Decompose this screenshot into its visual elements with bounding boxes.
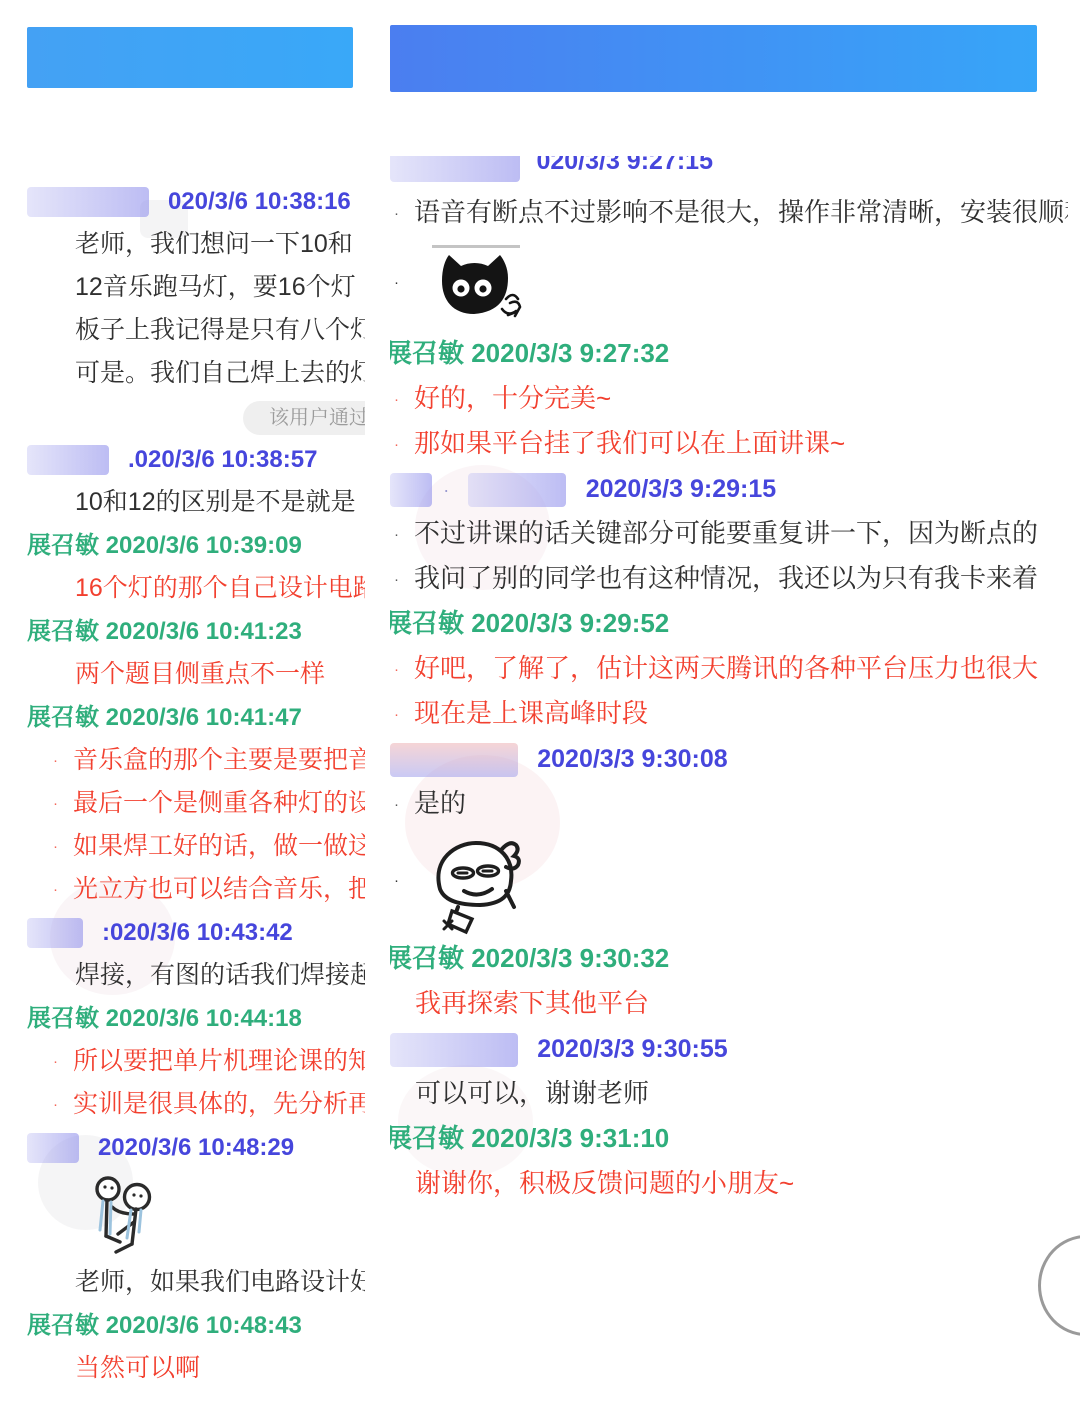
- message-row: ·好吧，了解了，估计这两天腾讯的各种平台压力也很大: [390, 646, 1068, 691]
- sender-timestamp: 展召敏 2020/3/6 10:44:18: [27, 1005, 302, 1032]
- sticker-row: ·: [390, 235, 1068, 331]
- timestamp: 020/3/6 10:38:16: [168, 188, 351, 215]
- sender-timestamp: 展召敏 2020/3/6 10:41:23: [27, 618, 302, 645]
- hug-comfort-sticker-icon: [87, 1172, 163, 1258]
- sticker-row: ·: [390, 826, 1068, 936]
- bullet-dot: ·: [394, 647, 414, 692]
- message-row: 可以可以，谢谢老师: [390, 1071, 1068, 1116]
- sender-header: 展召敏 2020/3/3 9:31:10: [390, 1116, 1068, 1161]
- message-row: ·那如果平台挂了我们可以在上面讲课~: [390, 421, 1068, 466]
- window-titlebar-left: [27, 27, 353, 88]
- message-text: 最后一个是侧重各种灯的设: [73, 789, 365, 817]
- sender-timestamp: 展召敏 2020/3/6 10:41:47: [27, 704, 302, 731]
- timestamp: 2020/3/3 9:30:55: [537, 1035, 727, 1063]
- sender-timestamp: 展召敏 2020/3/3 9:31:10: [390, 1123, 669, 1153]
- message-row: 当然可以啊: [27, 1347, 365, 1390]
- blurred-sender-name: [27, 187, 149, 217]
- bullet-dot: ·: [53, 825, 73, 868]
- smirk-face-sticker-icon: [418, 833, 532, 935]
- sender-timestamp: 展召敏 2020/3/3 9:30:32: [390, 943, 669, 973]
- chat-screenshot-right: 020/3/3 9:27:15 ·语音有断点不过影响不是很大，操作非常清晰，安装…: [390, 0, 1068, 1412]
- sender-timestamp: 展召敏 2020/3/3 9:29:52: [390, 608, 669, 638]
- timestamp: 2020/3/6 10:48:29: [98, 1134, 294, 1161]
- sender-header: 展召敏 2020/3/3 9:30:32: [390, 936, 1068, 981]
- message-row: 我再探索下其他平台: [390, 981, 1068, 1026]
- sender-timestamp: 展召敏 2020/3/6 10:39:09: [27, 532, 302, 559]
- message-header: 020/3/6 10:38:16: [27, 180, 365, 223]
- timestamp: 2020/3/3 9:30:08: [537, 745, 727, 773]
- chat-log-page: { "colors": { "titlebar_left_gradient": …: [0, 0, 1080, 1412]
- message-text: 可是。我们自己焊上去的灯不: [75, 359, 365, 387]
- message-row: ·音乐盒的那个主要是要把音: [27, 739, 365, 782]
- message-row: 板子上我记得是只有八个灯泡: [27, 309, 365, 352]
- message-text: 板子上我记得是只有八个灯泡: [75, 316, 365, 344]
- sender-header: 展召敏 2020/3/6 10:44:18: [27, 997, 365, 1040]
- sender-header: 展召敏 2020/3/6 10:39:09: [27, 524, 365, 567]
- chat-screenshot-left: 020/3/6 10:38:16 老师，我们想问一下10和 12音乐跑马灯，要1…: [27, 0, 365, 1412]
- message-row: ·现在是上课高峰时段: [390, 691, 1068, 736]
- sender-header: 展召敏 2020/3/6 10:41:47: [27, 696, 365, 739]
- message-text: 可以可以，谢谢老师: [415, 1078, 649, 1108]
- message-row: ·最后一个是侧重各种灯的设: [27, 782, 365, 825]
- message-text: 如果焊工好的话，做一做这: [73, 832, 365, 860]
- message-text: 当然可以啊: [75, 1354, 200, 1382]
- timestamp: 2020/3/3 9:29:15: [586, 475, 776, 503]
- bullet-dot: ·: [394, 557, 414, 602]
- message-text: 我问了别的同学也有这种情况，我还以为只有我卡来着: [414, 563, 1038, 593]
- window-titlebar-right: [390, 25, 1037, 92]
- blurred-sender-name: [27, 445, 109, 475]
- bullet-dot: ·: [53, 868, 73, 911]
- blurred-sender-name: [468, 473, 566, 507]
- bullet-dot: ·: [394, 692, 414, 737]
- message-text: 那如果平台挂了我们可以在上面讲课~: [414, 428, 845, 458]
- message-row: 谢谢你，积极反馈问题的小朋友~: [390, 1161, 1068, 1206]
- message-row: ·所以要把单片机理论课的知: [27, 1040, 365, 1083]
- sender-header: 展召敏 2020/3/6 10:48:43: [27, 1304, 365, 1347]
- message-text: 实训是很具体的，先分析再: [73, 1090, 365, 1118]
- message-row: ·语音有断点不过影响不是很大，操作非常清晰，安装很顺利: [390, 190, 1068, 235]
- bullet-dot: ·: [53, 1040, 73, 1083]
- message-row: ·好的，十分完美~: [390, 376, 1068, 421]
- message-text: 谢谢你，积极反馈问题的小朋友~: [415, 1168, 794, 1198]
- bullet-dot: ·: [53, 739, 73, 782]
- system-notice-row: 该用户通过: [27, 395, 365, 438]
- bullet-dot: ·: [394, 782, 414, 827]
- message-text: 所以要把单片机理论课的知: [73, 1047, 365, 1075]
- message-text: 不过讲课的话关键部分可能要重复讲一下，因为断点的: [414, 518, 1038, 548]
- message-text: 老师，我们想问一下10和: [75, 230, 353, 258]
- bullet-dot: ·: [394, 422, 414, 467]
- bullet-dot: ·: [53, 1083, 73, 1126]
- message-text: 10和12的区别是不是就是: [75, 488, 356, 516]
- message-header: · 2020/3/3 9:29:15: [390, 466, 1068, 511]
- sender-timestamp: 展召敏 2020/3/3 9:27:32: [390, 338, 669, 368]
- message-row: ·如果焊工好的话，做一做这: [27, 825, 365, 868]
- message-text: 焊接，有图的话我们焊接起: [75, 961, 365, 989]
- message-text: 现在是上课高峰时段: [414, 698, 648, 728]
- sticker-row: [27, 1169, 365, 1261]
- message-header: 2020/3/3 9:30:55: [390, 1026, 1068, 1071]
- bullet-dot: ·: [394, 235, 414, 331]
- message-row: ·光立方也可以结合音乐，把: [27, 868, 365, 911]
- message-header: 2020/3/6 10:48:29: [27, 1126, 365, 1169]
- blurred-sender-name: [390, 1033, 518, 1067]
- message-row: 10和12的区别是不是就是: [27, 481, 365, 524]
- blurred-sender-name: [390, 156, 520, 182]
- bullet-dot: ·: [394, 377, 414, 422]
- message-text: 12音乐跑马灯，要16个灯: [75, 273, 356, 301]
- message-row: 老师，如果我们电路设计好: [27, 1261, 365, 1304]
- blurred-sender-name: [27, 1133, 79, 1163]
- message-text: 光立方也可以结合音乐，把: [73, 875, 365, 903]
- blurred-sender-name: [390, 743, 518, 777]
- message-text: 老师，如果我们电路设计好: [75, 1268, 365, 1296]
- blur-separator-dot: ·: [443, 468, 457, 513]
- message-header: :020/3/6 10:43:42: [27, 911, 365, 954]
- sender-timestamp: 展召敏 2020/3/6 10:48:43: [27, 1312, 302, 1339]
- message-text: 音乐盒的那个主要是要把音: [73, 746, 365, 774]
- blurred-sender-name: [27, 918, 83, 948]
- message-text: 是的: [414, 788, 466, 818]
- sender-header: 展召敏 2020/3/3 9:29:52: [390, 601, 1068, 646]
- bullet-dot: ·: [394, 191, 414, 236]
- bullet-dot: ·: [53, 782, 73, 825]
- message-row: 12音乐跑马灯，要16个灯: [27, 266, 365, 309]
- message-text: 两个题目侧重点不一样: [75, 660, 325, 688]
- message-text: 16个灯的那个自己设计电路: [75, 574, 365, 602]
- bullet-dot: ·: [394, 512, 414, 557]
- message-row: 焊接，有图的话我们焊接起: [27, 954, 365, 997]
- message-row: 两个题目侧重点不一样: [27, 653, 365, 696]
- message-row: ·我问了别的同学也有这种情况，我还以为只有我卡来着: [390, 556, 1068, 601]
- message-row: 可是。我们自己焊上去的灯不: [27, 352, 365, 395]
- message-text: 我再探索下其他平台: [415, 988, 649, 1018]
- message-text: 好吧，了解了，估计这两天腾讯的各种平台压力也很大: [414, 653, 1038, 683]
- timestamp: 020/3/3 9:27:15: [536, 156, 713, 175]
- sender-header: 展召敏 2020/3/3 9:27:32: [390, 331, 1068, 376]
- message-row: ·不过讲课的话关键部分可能要重复讲一下，因为断点的: [390, 511, 1068, 556]
- message-header: 2020/3/3 9:30:08: [390, 736, 1068, 781]
- timestamp: .020/3/6 10:38:57: [128, 446, 317, 473]
- message-text: 好的，十分完美~: [414, 383, 611, 413]
- message-row: ·是的: [390, 781, 1068, 826]
- message-row: ·实训是很具体的，先分析再: [27, 1083, 365, 1126]
- message-row: 老师，我们想问一下10和: [27, 223, 365, 266]
- sender-header: 展召敏 2020/3/6 10:41:23: [27, 610, 365, 653]
- message-header-clipped: 020/3/3 9:27:15: [390, 156, 1068, 190]
- timestamp: :020/3/6 10:43:42: [102, 919, 293, 946]
- message-header: .020/3/6 10:38:57: [27, 438, 365, 481]
- blurred-sender-name: [390, 473, 432, 507]
- black-cat-sticker-icon: [418, 245, 530, 327]
- bullet-dot: ·: [394, 826, 414, 936]
- message-row: 16个灯的那个自己设计电路: [27, 567, 365, 610]
- message-text: 语音有断点不过影响不是很大，操作非常清晰，安装很顺利: [414, 197, 1068, 227]
- system-notice-pill: 该用户通过: [243, 401, 365, 435]
